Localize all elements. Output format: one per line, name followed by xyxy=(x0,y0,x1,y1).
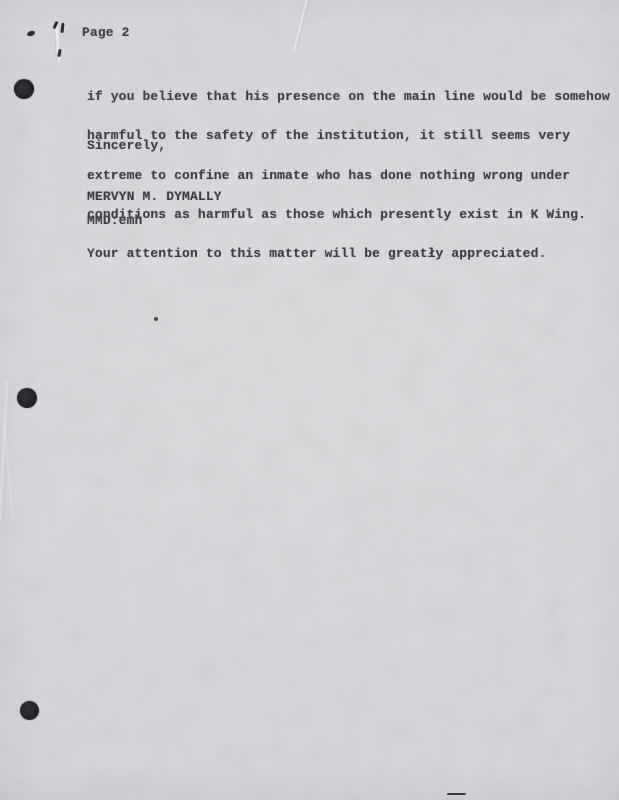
hole-punch-top xyxy=(14,79,34,99)
body-line: Your attention to this matter will be gr… xyxy=(87,247,610,260)
ink-speck xyxy=(27,30,36,37)
body-line: conditions as harmful as those which pre… xyxy=(87,208,610,221)
hole-punch-bottom xyxy=(20,701,39,720)
page-number-label: Page 2 xyxy=(82,26,130,40)
ink-speck xyxy=(53,21,59,30)
pen-mark xyxy=(447,793,466,795)
scanned-letter-page: Page 2 if you believe that his presence … xyxy=(0,0,619,800)
closing-salutation: Sincerely, xyxy=(87,139,166,153)
body-line: if you believe that his presence on the … xyxy=(87,90,610,103)
typist-initials: MMD:emh xyxy=(87,214,142,228)
signature-name: MERVYN M. DYMALLY xyxy=(87,190,222,204)
body-paragraph: if you believe that his presence on the … xyxy=(87,64,610,287)
body-line: extreme to confine an inmate who has don… xyxy=(87,169,610,182)
ink-speck xyxy=(154,317,158,321)
paper-crease xyxy=(293,0,309,51)
hole-punch-middle xyxy=(17,388,37,408)
ink-speck xyxy=(57,49,62,57)
ink-speck xyxy=(60,23,64,33)
paper-crease xyxy=(0,380,9,520)
paper-crease xyxy=(4,430,14,520)
